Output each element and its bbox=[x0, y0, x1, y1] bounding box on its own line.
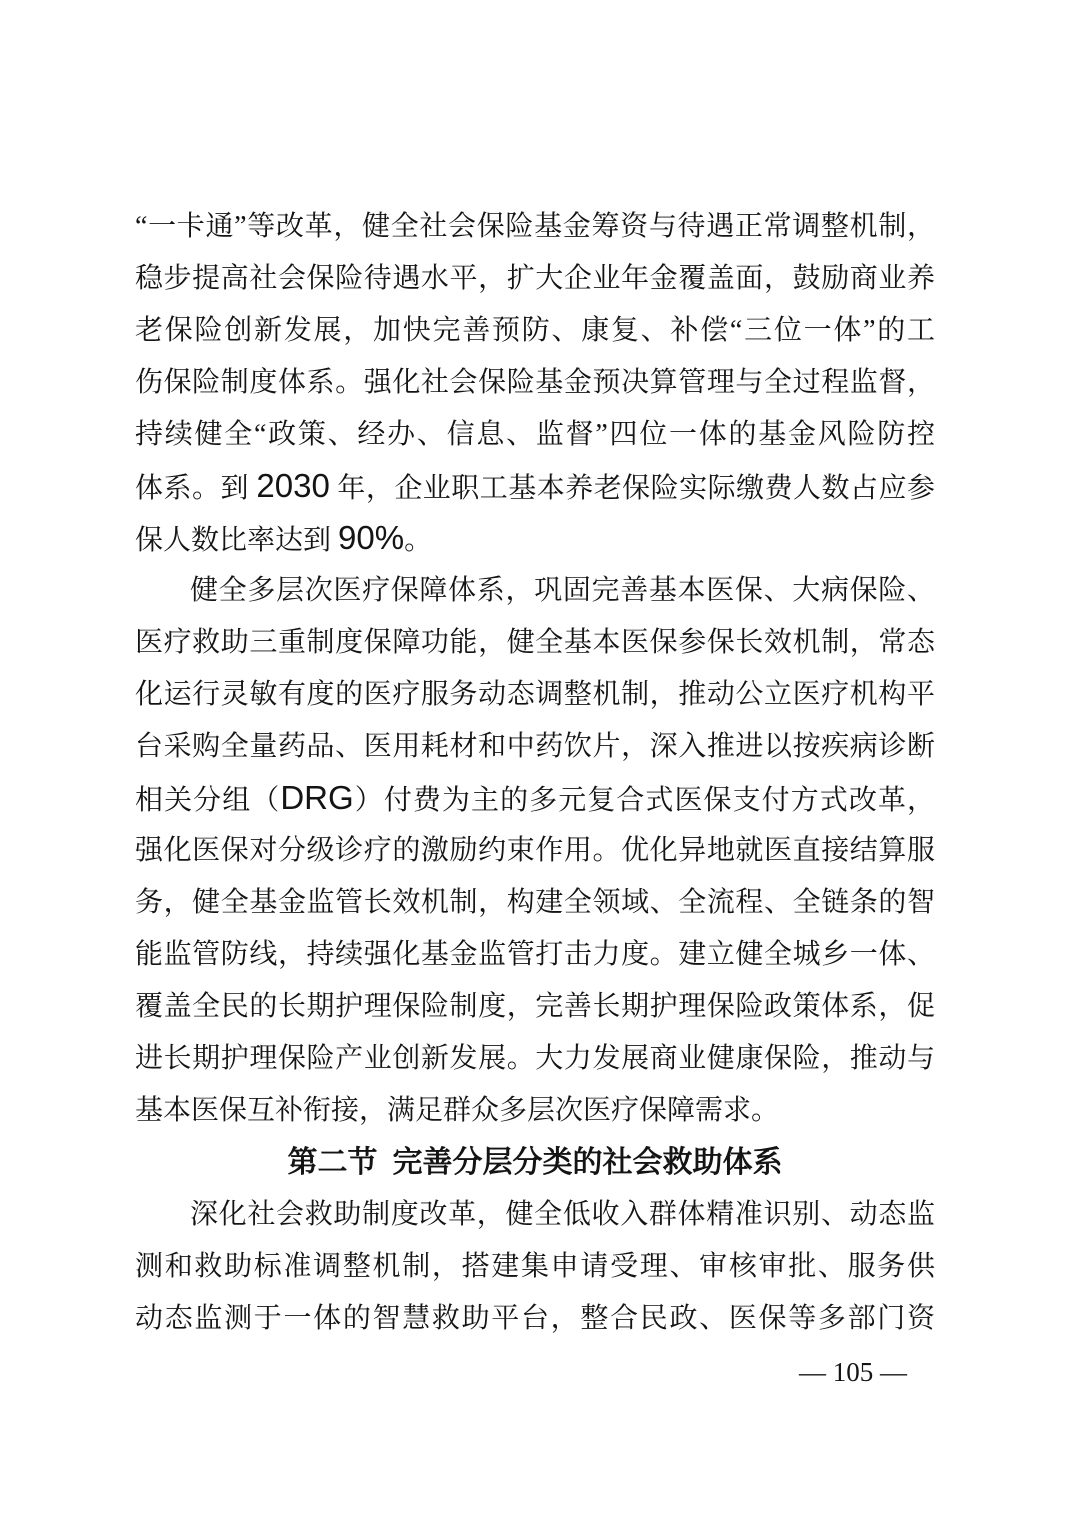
para-social-insurance-line: 保人数比率达到 90%。 bbox=[135, 513, 935, 565]
latin-run: 2030 bbox=[256, 468, 329, 505]
para-medical-security-line: 台采购全量药品、医用耗材和中药饮片，深入推进以按疾病诊断 bbox=[135, 721, 935, 773]
latin-run: 90% bbox=[338, 520, 404, 557]
para-social-assistance-line: 测和救助标准调整机制，搭建集申请受理、审核审批、服务供给、 bbox=[135, 1241, 935, 1293]
page-number: — 105 — bbox=[799, 1356, 907, 1388]
para-medical-security-line: 化运行灵敏有度的医疗服务动态调整机制，推动公立医疗机构平 bbox=[135, 669, 935, 721]
section-heading: 第二节 完善分层分类的社会救助体系 bbox=[135, 1137, 935, 1189]
latin-run: DRG bbox=[280, 780, 353, 817]
para-social-insurance-line: 老保险创新发展，加快完善预防、康复、补偿“三位一体”的工 bbox=[135, 305, 935, 357]
para-medical-security-line: 基本医保互补衔接，满足群众多层次医疗保障需求。 bbox=[135, 1085, 935, 1137]
para-social-insurance-line: “一卡通”等改革，健全社会保险基金筹资与待遇正常调整机制， bbox=[135, 201, 935, 253]
para-medical-security-line: 进长期护理保险产业创新发展。大力发展商业健康保险，推动与 bbox=[135, 1033, 935, 1085]
para-medical-security-line: 务，健全基金监管长效机制，构建全领域、全流程、全链条的智 bbox=[135, 877, 935, 929]
para-medical-security-line: 相关分组（DRG）付费为主的多元复合式医保支付方式改革， bbox=[135, 773, 935, 825]
para-medical-security-line: 健全多层次医疗保障体系，巩固完善基本医保、大病保险、 bbox=[135, 565, 935, 617]
para-social-insurance-line: 体系。到 2030 年，企业职工基本养老保险实际缴费人数占应参 bbox=[135, 461, 935, 513]
para-social-insurance-line: 持续健全“政策、经办、信息、监督”四位一体的基金风险防控 bbox=[135, 409, 935, 461]
para-medical-security-line: 强化医保对分级诊疗的激励约束作用。优化异地就医直接结算服 bbox=[135, 825, 935, 877]
para-medical-security-line: 能监管防线，持续强化基金监管打击力度。建立健全城乡一体、 bbox=[135, 929, 935, 981]
para-social-insurance-line: 稳步提高社会保险待遇水平，扩大企业年金覆盖面，鼓励商业养 bbox=[135, 253, 935, 305]
para-social-insurance-line: 伤保险制度体系。强化社会保险基金预决算管理与全过程监督， bbox=[135, 357, 935, 409]
para-social-assistance-line: 深化社会救助制度改革，健全低收入群体精准识别、动态监 bbox=[135, 1189, 935, 1241]
para-medical-security-line: 覆盖全民的长期护理保险制度，完善长期护理保险政策体系，促 bbox=[135, 981, 935, 1033]
document-page: “一卡通”等改革，健全社会保险基金筹资与待遇正常调整机制，稳步提高社会保险待遇水… bbox=[0, 0, 1074, 1520]
para-medical-security-line: 医疗救助三重制度保障功能，健全基本医保参保长效机制，常态 bbox=[135, 617, 935, 669]
content-column: “一卡通”等改革，健全社会保险基金筹资与待遇正常调整机制，稳步提高社会保险待遇水… bbox=[135, 201, 935, 1345]
para-social-assistance-line: 动态监测于一体的智慧救助平台，整合民政、医保等多部门资源， bbox=[135, 1293, 935, 1345]
